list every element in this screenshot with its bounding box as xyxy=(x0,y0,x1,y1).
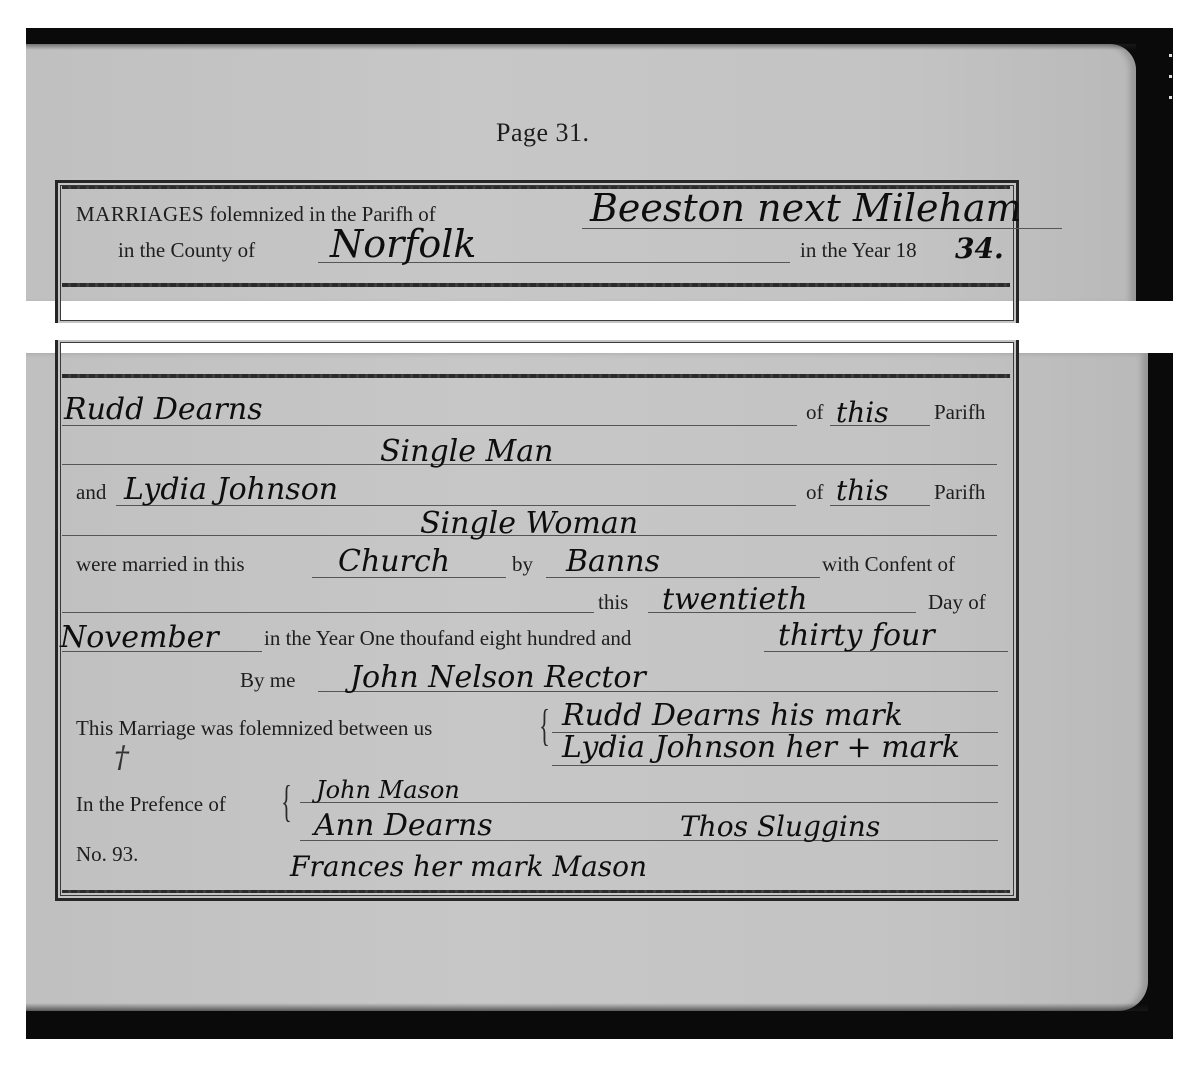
this-label: this xyxy=(598,590,628,615)
witness-3: Frances her mark Mason xyxy=(290,850,647,883)
signature-brace: { xyxy=(539,704,550,748)
entry-number: No. 93. xyxy=(76,842,138,867)
parish-word-1: Parifh xyxy=(934,400,985,425)
bride-signature-line xyxy=(552,765,998,766)
and-label: and xyxy=(76,480,106,505)
witness-2: Ann Dearns xyxy=(314,808,493,843)
witness-brace: { xyxy=(281,780,292,824)
by-label: by xyxy=(512,552,533,577)
county-name: Norfolk xyxy=(330,222,476,266)
bride-of-label: of xyxy=(806,480,824,505)
county-label: in the County of xyxy=(118,238,255,263)
witness-1: John Mason xyxy=(316,776,460,804)
year-label: in the Year 18 xyxy=(800,238,917,263)
consent-line xyxy=(62,612,594,613)
consent-label: with Confent of xyxy=(822,552,955,577)
bride-status: Single Woman xyxy=(420,506,638,541)
groom-of-label: of xyxy=(806,400,824,425)
month: November xyxy=(60,620,219,655)
bride-name: Lydia Johnson xyxy=(124,472,338,507)
groom-parish: this xyxy=(836,396,889,429)
married-in-label: were married in this xyxy=(76,552,245,577)
entry-bottom-rule xyxy=(62,890,1010,893)
groom-name: Rudd Dearns xyxy=(64,392,263,427)
method: Banns xyxy=(566,544,660,579)
marriages-heading: MARRIAGES xyxy=(76,202,204,226)
month-line xyxy=(62,651,262,652)
presence-label: In the Prefence of xyxy=(76,792,226,817)
edge-marks xyxy=(1168,36,1174,116)
between-label: This Marriage was folemnized between us xyxy=(76,716,432,741)
officiant: John Nelson Rector xyxy=(350,660,646,695)
page-number: Page 31. xyxy=(496,118,590,148)
year-words: thirty four xyxy=(778,618,935,653)
witness-additional: Thos Sluggins xyxy=(680,810,880,843)
bride-parish: this xyxy=(836,474,889,507)
by-me-label: By me xyxy=(240,668,295,693)
year-prefix-label: in the Year One thoufand eight hundred a… xyxy=(264,626,631,651)
venue: Church xyxy=(338,544,450,579)
parish-word-2: Parifh xyxy=(934,480,985,505)
groom-signature: Rudd Dearns his mark xyxy=(562,698,903,733)
bride-signature: Lydia Johnson her + mark xyxy=(562,730,960,765)
parish-name: Beeston next Mileham xyxy=(590,186,1022,230)
entry-top-rule xyxy=(62,374,1010,378)
day: twentieth xyxy=(662,582,808,617)
header-divider-rule xyxy=(62,283,1010,287)
groom-status: Single Man xyxy=(380,434,553,469)
year-written: 34. xyxy=(955,232,1004,265)
day-of-label: Day of xyxy=(928,590,986,615)
cross-mark: † xyxy=(114,740,129,775)
